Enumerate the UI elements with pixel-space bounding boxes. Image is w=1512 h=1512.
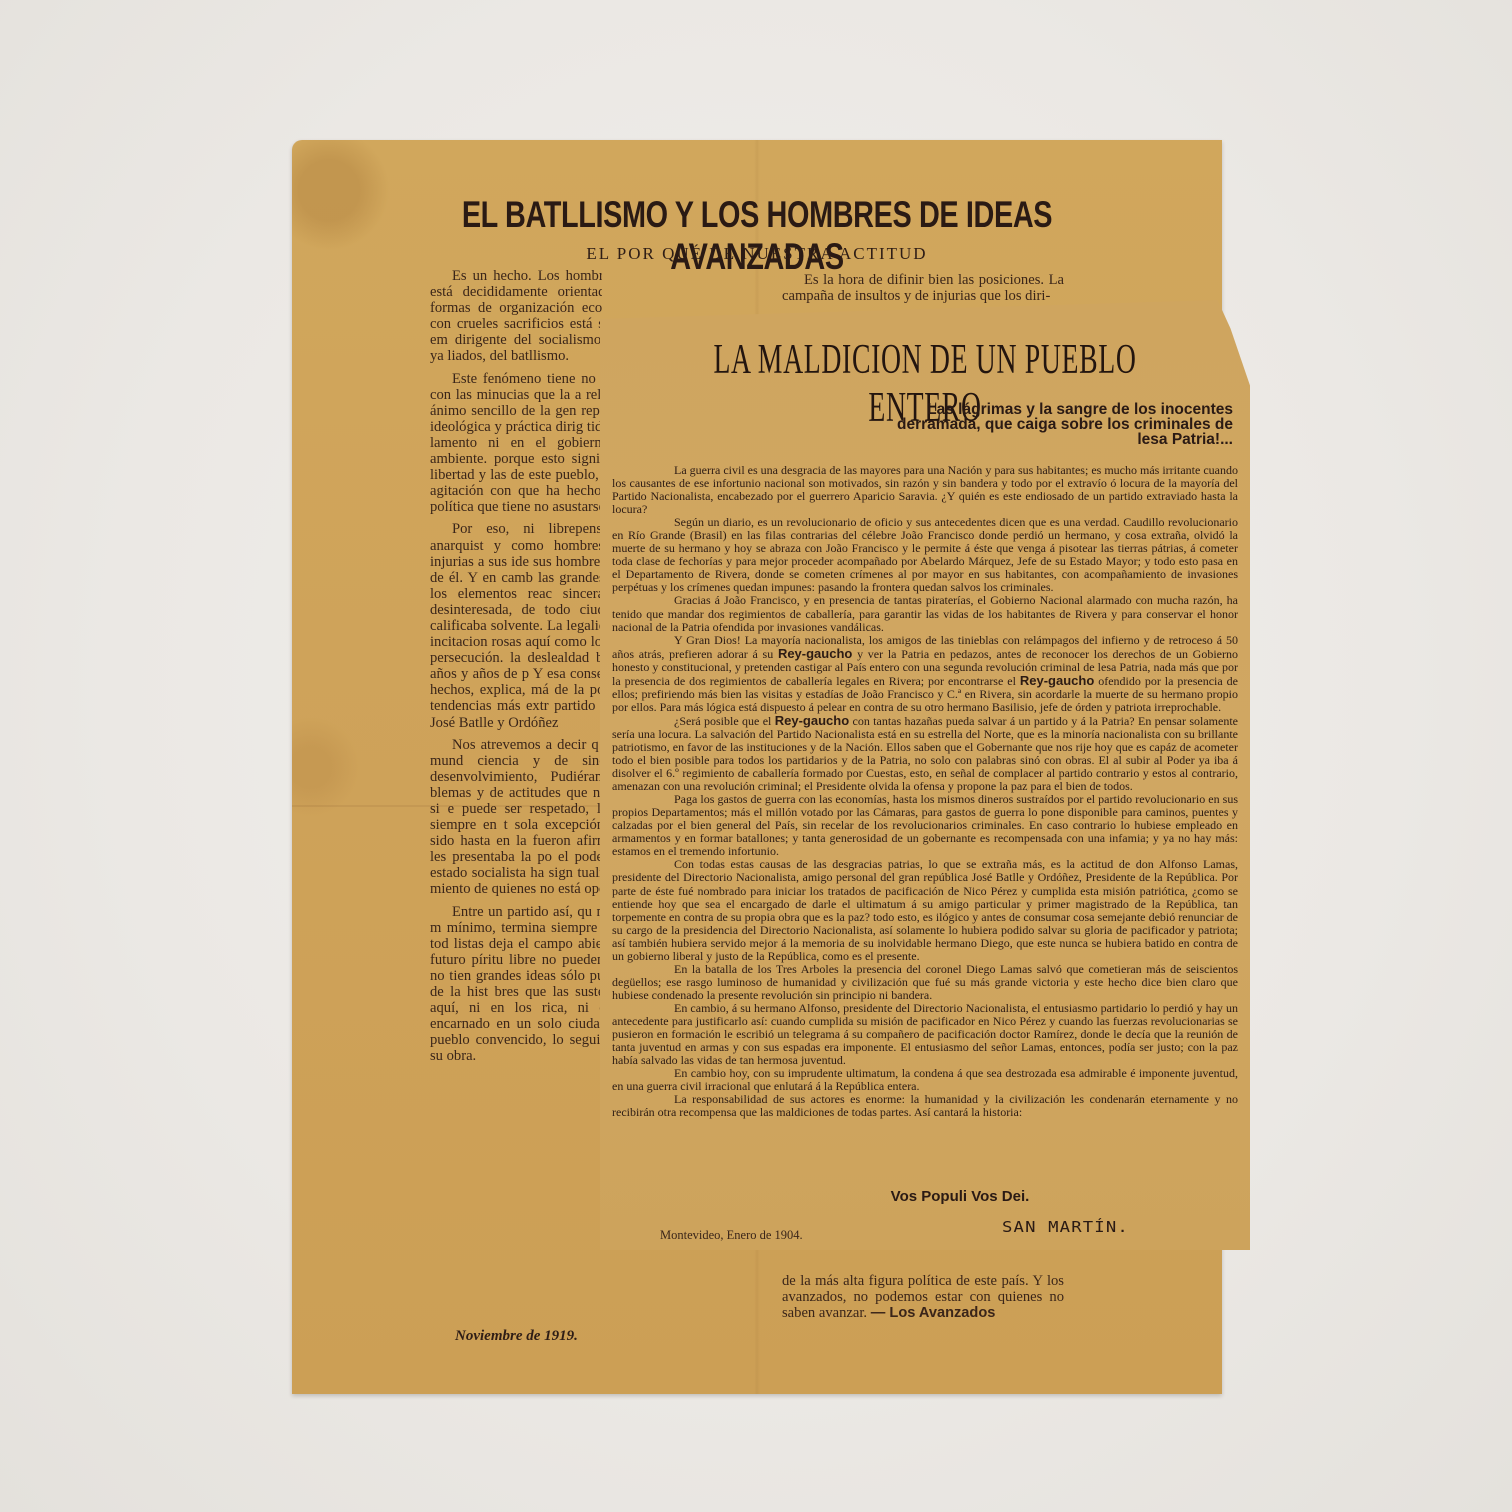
back-left-paragraph: Este fenómeno tiene no está vinculada co… xyxy=(430,371,602,516)
front-signature: SAN MARTÍN. xyxy=(1002,1218,1129,1236)
back-document-date: Noviembre de 1919. xyxy=(455,1328,578,1345)
back-right-paragraph: Es la hora de difinir bien las posicione… xyxy=(782,272,1064,304)
front-paragraph: Según un diario, es un revolucionario de… xyxy=(612,516,1238,594)
back-left-paragraph: Por eso, ni librepensad sindicalistas, n… xyxy=(430,521,602,730)
front-paragraph: En cambio hoy, con su imprudente ultimat… xyxy=(612,1067,1238,1093)
front-document: LA MALDICION DE UN PUEBLO ENTERO Las lág… xyxy=(600,300,1250,1250)
emphasis-term: Rey-gaucho xyxy=(1020,673,1094,688)
back-document-title: EL BATLLISMO Y LOS HOMBRES DE IDEAS AVAN… xyxy=(394,194,1119,278)
front-document-body: La guerra civil es una desgracia de las … xyxy=(612,464,1238,1119)
back-right-column-top: Es la hora de difinir bien las posicione… xyxy=(782,272,1064,310)
front-motto: Vos Populi Vos Dei. xyxy=(600,1188,1250,1205)
front-paragraph: Y Gran Dios! La mayoría nacionalista, lo… xyxy=(612,634,1238,714)
emphasis-term: Rey-gaucho xyxy=(775,713,849,728)
back-left-column: Es un hecho. Los hombres cuyo pensamient… xyxy=(430,268,602,1313)
front-paragraph: La responsabilidad de sus actores es eno… xyxy=(612,1093,1238,1119)
back-signature: — Los Avanzados xyxy=(871,1305,996,1321)
emphasis-term: Rey-gaucho xyxy=(778,646,852,661)
front-paragraph: En la batalla de los Tres Arboles la pre… xyxy=(612,963,1238,1002)
back-right-column-bottom: de la más alta figura política de este p… xyxy=(782,1273,1064,1321)
front-paragraph: Con todas estas causas de las desgracias… xyxy=(612,858,1238,962)
back-left-paragraph: Es un hecho. Los hombres cuyo pensamient… xyxy=(430,268,602,365)
back-left-paragraph: Entre un partido así, qu nativa de un pr… xyxy=(430,904,602,1065)
front-place-date: Montevideo, Enero de 1904. xyxy=(660,1228,803,1243)
back-left-paragraph: Nos atrevemos a decir q cenario de la po… xyxy=(430,737,602,898)
front-paragraph: Paga los gastos de guerra con las econom… xyxy=(612,793,1238,858)
front-paragraph: La guerra civil es una desgracia de las … xyxy=(612,464,1238,516)
back-document-subtitle: EL POR QUÉ DE NUESTRA ACTITUD xyxy=(292,244,1222,264)
front-paragraph: ¿Será posible que el Rey-gaucho con tant… xyxy=(612,714,1238,793)
front-paragraph: En cambio, á su hermano Alfonso, preside… xyxy=(612,1002,1238,1067)
front-document-subtitle: Las lágrimas y la sangre de los inocente… xyxy=(888,402,1233,447)
front-paragraph: Gracias á João Francisco, y en presencia… xyxy=(612,594,1238,633)
